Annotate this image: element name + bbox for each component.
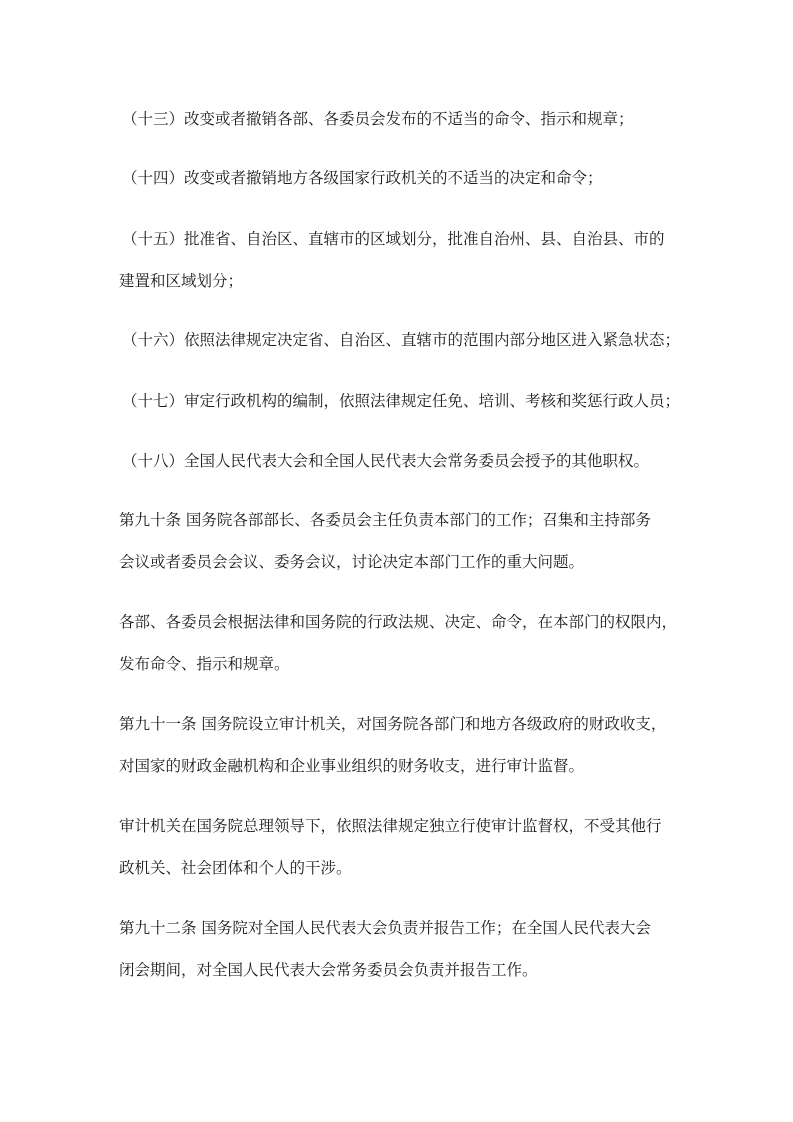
article-91-line-2: 对国家的财政金融机构和企业事业组织的财务收支，进行审计监督。 bbox=[119, 756, 584, 776]
article-91-para-2-line-1: 审计机关在国务院总理领导下，依照法律规定独立行使审计监督权，不受其他行 bbox=[119, 816, 662, 836]
list-item-17: （十七）审定行政机构的编制，依照法律规定任免、培训、考核和奖惩行政人员； bbox=[122, 391, 680, 411]
list-item-15-line-1: （十五）批准省、自治区、直辖市的区域划分，批准自治州、县、自治县、市的 bbox=[122, 229, 665, 249]
list-item-13: （十三）改变或者撤销各部、各委员会发布的不适当的命令、指示和规章； bbox=[122, 109, 634, 129]
article-90-line-2: 会议或者委员会会议、委务会议，讨论决定本部门工作的重大问题。 bbox=[119, 552, 584, 572]
article-92-line-1: 第九十二条 国务院对全国人民代表大会负责并报告工作；在全国人民代表大会 bbox=[119, 918, 651, 938]
article-91-line-1: 第九十一条 国务院设立审计机关，对国务院各部门和地方各级政府的财政收支， bbox=[119, 714, 666, 734]
document-page: （十三）改变或者撤销各部、各委员会发布的不适当的命令、指示和规章； （十四）改变… bbox=[0, 0, 793, 1122]
list-item-14: （十四）改变或者撤销地方各级国家行政机关的不适当的决定和命令； bbox=[122, 168, 603, 188]
list-item-16: （十六）依照法律规定决定省、自治区、直辖市的范围内部分地区进入紧急状态； bbox=[122, 330, 680, 350]
article-92-line-2: 闭会期间，对全国人民代表大会常务委员会负责并报告工作。 bbox=[119, 960, 538, 980]
article-90-line-1: 第九十条 国务院各部部长、各委员会主任负责本部门的工作；召集和主持部务 bbox=[119, 510, 651, 530]
article-90-para-2-line-2: 发布命令、指示和规章。 bbox=[119, 654, 290, 674]
list-item-18: （十八）全国人民代表大会和全国人民代表大会常务委员会授予的其他职权。 bbox=[122, 451, 649, 471]
article-90-para-2-line-1: 各部、各委员会根据法律和国务院的行政法规、决定、命令，在本部门的权限内， bbox=[119, 612, 677, 632]
list-item-15-line-2: 建置和区域划分； bbox=[119, 271, 243, 291]
article-91-para-2-line-2: 政机关、社会团体和个人的干涉。 bbox=[119, 858, 352, 878]
